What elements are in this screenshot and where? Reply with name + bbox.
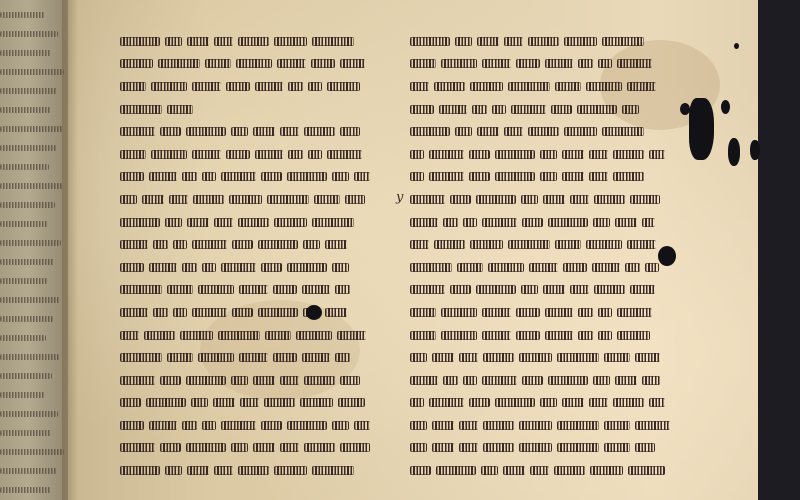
script-word bbox=[578, 331, 593, 340]
script-word bbox=[441, 331, 477, 340]
script-line bbox=[410, 75, 690, 98]
facing-page-line bbox=[0, 411, 58, 417]
script-word bbox=[615, 376, 637, 385]
facing-page-line bbox=[0, 468, 57, 474]
script-word bbox=[120, 398, 141, 407]
script-word bbox=[202, 172, 216, 181]
script-word bbox=[221, 263, 256, 272]
script-word bbox=[589, 398, 608, 407]
script-word bbox=[192, 240, 227, 249]
script-word bbox=[627, 240, 656, 249]
script-word bbox=[543, 285, 565, 294]
script-word bbox=[229, 195, 262, 204]
script-word bbox=[238, 218, 269, 227]
script-line bbox=[120, 166, 390, 189]
script-word bbox=[635, 421, 670, 430]
script-line bbox=[410, 98, 690, 121]
script-word bbox=[120, 172, 144, 181]
script-word bbox=[592, 263, 620, 272]
script-word bbox=[240, 398, 259, 407]
text-column-left bbox=[120, 30, 390, 482]
script-word bbox=[476, 195, 516, 204]
script-word bbox=[202, 263, 216, 272]
script-word bbox=[205, 59, 231, 68]
script-word bbox=[149, 421, 177, 430]
script-word bbox=[340, 443, 370, 452]
script-word bbox=[503, 466, 525, 475]
script-word bbox=[604, 443, 630, 452]
script-line bbox=[120, 75, 390, 98]
script-word bbox=[120, 59, 153, 68]
script-word bbox=[311, 59, 335, 68]
script-word bbox=[410, 443, 427, 452]
script-word bbox=[545, 308, 573, 317]
script-word bbox=[410, 127, 450, 136]
script-word bbox=[469, 150, 490, 159]
facing-page-line bbox=[0, 164, 49, 170]
script-word bbox=[540, 150, 557, 159]
script-word bbox=[186, 127, 226, 136]
script-word bbox=[186, 376, 226, 385]
script-word bbox=[253, 376, 275, 385]
script-line bbox=[120, 301, 390, 324]
facing-page-line bbox=[0, 392, 45, 398]
script-word bbox=[436, 466, 476, 475]
script-line bbox=[120, 279, 390, 302]
script-word bbox=[120, 127, 155, 136]
script-word bbox=[288, 150, 303, 159]
script-word bbox=[543, 195, 565, 204]
script-line bbox=[410, 459, 690, 482]
dark-backdrop bbox=[758, 0, 800, 500]
script-word bbox=[280, 127, 299, 136]
facing-page-line bbox=[0, 297, 60, 303]
script-line bbox=[120, 256, 390, 279]
script-word bbox=[548, 218, 588, 227]
script-word bbox=[432, 353, 454, 362]
script-word bbox=[463, 376, 477, 385]
facing-page-line bbox=[0, 183, 62, 189]
script-word bbox=[226, 82, 250, 91]
script-word bbox=[628, 466, 665, 475]
script-word bbox=[410, 195, 445, 204]
script-word bbox=[495, 172, 535, 181]
script-word bbox=[551, 105, 572, 114]
script-word bbox=[521, 285, 538, 294]
script-word bbox=[593, 218, 610, 227]
script-line bbox=[120, 188, 390, 211]
script-word bbox=[120, 105, 162, 114]
facing-page-line bbox=[0, 31, 58, 37]
script-word bbox=[598, 308, 612, 317]
script-word bbox=[261, 172, 282, 181]
script-word bbox=[149, 172, 177, 181]
script-word bbox=[335, 353, 350, 362]
script-word bbox=[410, 285, 445, 294]
script-line bbox=[410, 414, 690, 437]
script-word bbox=[557, 443, 599, 452]
script-word bbox=[635, 443, 655, 452]
script-word bbox=[578, 59, 593, 68]
script-word bbox=[410, 105, 434, 114]
script-word bbox=[300, 398, 333, 407]
script-word bbox=[302, 285, 330, 294]
script-word bbox=[443, 376, 458, 385]
script-word bbox=[337, 331, 366, 340]
script-word bbox=[598, 59, 612, 68]
script-word bbox=[236, 59, 272, 68]
script-word bbox=[519, 443, 552, 452]
script-word bbox=[410, 172, 424, 181]
script-word bbox=[314, 195, 340, 204]
script-word bbox=[192, 82, 221, 91]
facing-page-line bbox=[0, 335, 46, 341]
script-word bbox=[617, 308, 652, 317]
script-word bbox=[429, 150, 464, 159]
script-word bbox=[187, 37, 209, 46]
script-word bbox=[622, 105, 639, 114]
damage-hole bbox=[689, 98, 714, 160]
script-word bbox=[410, 376, 438, 385]
script-word bbox=[120, 150, 146, 159]
script-word bbox=[202, 421, 216, 430]
script-word bbox=[508, 82, 550, 91]
small-hole bbox=[734, 43, 739, 49]
script-line bbox=[120, 143, 390, 166]
script-word bbox=[288, 82, 303, 91]
binding-gutter bbox=[62, 0, 102, 500]
facing-page-line bbox=[0, 278, 47, 284]
script-word bbox=[182, 421, 197, 430]
script-word bbox=[173, 308, 187, 317]
script-word bbox=[264, 398, 295, 407]
script-word bbox=[504, 127, 523, 136]
script-word bbox=[613, 398, 644, 407]
facing-page-line bbox=[0, 373, 52, 379]
script-line bbox=[120, 30, 390, 53]
script-word bbox=[335, 285, 350, 294]
script-word bbox=[296, 331, 332, 340]
script-line bbox=[410, 437, 690, 460]
facing-page bbox=[0, 0, 70, 500]
script-word bbox=[540, 172, 557, 181]
script-word bbox=[625, 263, 640, 272]
script-word bbox=[645, 263, 659, 272]
script-word bbox=[434, 82, 465, 91]
script-word bbox=[570, 195, 589, 204]
script-word bbox=[557, 353, 599, 362]
script-word bbox=[151, 150, 187, 159]
script-line bbox=[120, 392, 390, 415]
script-word bbox=[287, 421, 327, 430]
script-word bbox=[338, 398, 365, 407]
script-word bbox=[165, 218, 182, 227]
script-word bbox=[340, 127, 360, 136]
script-word bbox=[455, 127, 472, 136]
script-word bbox=[602, 127, 644, 136]
script-line bbox=[410, 188, 690, 211]
script-word bbox=[434, 240, 465, 249]
facing-page-line bbox=[0, 50, 51, 56]
script-line bbox=[410, 392, 690, 415]
script-word bbox=[495, 150, 535, 159]
script-word bbox=[483, 421, 514, 430]
script-word bbox=[594, 285, 625, 294]
script-word bbox=[548, 376, 588, 385]
script-word bbox=[238, 37, 269, 46]
script-line bbox=[410, 143, 690, 166]
script-word bbox=[555, 82, 581, 91]
manuscript-photo: y bbox=[0, 0, 800, 500]
script-word bbox=[287, 263, 327, 272]
script-word bbox=[482, 59, 511, 68]
script-word bbox=[120, 37, 160, 46]
script-line bbox=[410, 211, 690, 234]
script-word bbox=[158, 59, 200, 68]
script-word bbox=[304, 376, 335, 385]
script-word bbox=[173, 240, 187, 249]
script-word bbox=[303, 240, 320, 249]
script-word bbox=[273, 285, 297, 294]
script-word bbox=[120, 285, 162, 294]
script-word bbox=[274, 218, 307, 227]
script-word bbox=[516, 331, 540, 340]
script-word bbox=[470, 240, 503, 249]
script-word bbox=[410, 421, 427, 430]
script-word bbox=[589, 150, 608, 159]
script-word bbox=[459, 443, 478, 452]
script-word bbox=[570, 285, 589, 294]
script-word bbox=[432, 421, 454, 430]
script-word bbox=[325, 308, 347, 317]
script-word bbox=[410, 353, 427, 362]
script-word bbox=[470, 82, 503, 91]
facing-page-line bbox=[0, 12, 45, 18]
script-word bbox=[410, 82, 429, 91]
script-line bbox=[120, 120, 390, 143]
script-word bbox=[469, 172, 490, 181]
script-word bbox=[120, 218, 160, 227]
script-word bbox=[144, 331, 175, 340]
script-line bbox=[410, 279, 690, 302]
script-word bbox=[239, 353, 268, 362]
script-word bbox=[617, 59, 652, 68]
script-word bbox=[258, 308, 298, 317]
script-word bbox=[151, 82, 187, 91]
script-word bbox=[488, 263, 524, 272]
script-word bbox=[354, 172, 370, 181]
facing-page-line bbox=[0, 449, 64, 455]
script-word bbox=[232, 240, 253, 249]
script-line bbox=[410, 301, 690, 324]
script-word bbox=[635, 353, 660, 362]
script-word bbox=[598, 331, 612, 340]
script-word bbox=[443, 218, 458, 227]
script-word bbox=[231, 127, 248, 136]
script-line bbox=[120, 459, 390, 482]
script-word bbox=[649, 150, 665, 159]
script-word bbox=[120, 263, 144, 272]
script-word bbox=[193, 195, 224, 204]
script-word bbox=[167, 285, 193, 294]
script-word bbox=[586, 82, 622, 91]
worm-hole bbox=[658, 246, 676, 266]
script-word bbox=[483, 443, 514, 452]
script-word bbox=[457, 263, 483, 272]
script-line bbox=[410, 324, 690, 347]
script-word bbox=[191, 398, 208, 407]
script-word bbox=[192, 150, 221, 159]
script-word bbox=[327, 82, 360, 91]
script-line bbox=[410, 53, 690, 76]
script-word bbox=[120, 376, 155, 385]
script-word bbox=[586, 240, 622, 249]
script-word bbox=[642, 376, 660, 385]
script-word bbox=[187, 466, 209, 475]
script-word bbox=[432, 443, 454, 452]
script-word bbox=[308, 150, 322, 159]
script-word bbox=[214, 466, 233, 475]
script-word bbox=[469, 398, 490, 407]
script-word bbox=[120, 82, 146, 91]
script-word bbox=[519, 353, 552, 362]
script-word bbox=[182, 263, 197, 272]
script-word bbox=[577, 105, 617, 114]
script-word bbox=[589, 172, 608, 181]
script-word bbox=[545, 331, 573, 340]
script-word bbox=[274, 466, 307, 475]
script-word bbox=[214, 37, 233, 46]
script-word bbox=[332, 263, 349, 272]
script-word bbox=[120, 443, 155, 452]
script-word bbox=[304, 127, 335, 136]
script-word bbox=[441, 308, 477, 317]
script-word bbox=[238, 466, 269, 475]
script-line bbox=[120, 53, 390, 76]
script-word bbox=[528, 127, 559, 136]
text-column-right bbox=[410, 30, 690, 482]
script-word bbox=[604, 421, 630, 430]
script-word bbox=[483, 353, 514, 362]
script-word bbox=[429, 398, 464, 407]
script-word bbox=[120, 466, 160, 475]
script-word bbox=[477, 127, 499, 136]
script-line bbox=[120, 414, 390, 437]
script-word bbox=[327, 150, 362, 159]
script-word bbox=[261, 421, 282, 430]
script-word bbox=[265, 331, 291, 340]
facing-page-line bbox=[0, 487, 50, 493]
script-line bbox=[120, 233, 390, 256]
script-word bbox=[280, 376, 299, 385]
script-word bbox=[146, 398, 186, 407]
script-word bbox=[280, 443, 299, 452]
script-word bbox=[165, 37, 182, 46]
script-word bbox=[274, 37, 307, 46]
damage-hole bbox=[680, 103, 690, 115]
script-word bbox=[340, 376, 360, 385]
script-word bbox=[410, 150, 424, 159]
script-word bbox=[463, 218, 477, 227]
script-word bbox=[482, 376, 517, 385]
script-word bbox=[180, 331, 213, 340]
script-word bbox=[192, 308, 227, 317]
script-word bbox=[410, 398, 424, 407]
script-word bbox=[441, 59, 477, 68]
script-word bbox=[516, 59, 540, 68]
script-word bbox=[255, 150, 283, 159]
script-word bbox=[545, 59, 573, 68]
facing-page-line bbox=[0, 126, 63, 132]
script-word bbox=[198, 353, 234, 362]
script-word bbox=[153, 240, 168, 249]
script-word bbox=[476, 285, 516, 294]
script-word bbox=[604, 353, 630, 362]
script-word bbox=[221, 421, 256, 430]
facing-page-line bbox=[0, 202, 55, 208]
script-line bbox=[410, 30, 690, 53]
script-word bbox=[450, 285, 471, 294]
script-word bbox=[226, 150, 250, 159]
script-word bbox=[410, 37, 450, 46]
facing-page-line bbox=[0, 107, 50, 113]
facing-page-line bbox=[0, 430, 51, 436]
damage-hole bbox=[750, 140, 760, 160]
script-word bbox=[530, 466, 549, 475]
script-line bbox=[120, 437, 390, 460]
script-word bbox=[287, 172, 327, 181]
script-word bbox=[562, 398, 584, 407]
facing-page-line bbox=[0, 221, 48, 227]
facing-page-line bbox=[0, 316, 53, 322]
script-word bbox=[564, 127, 597, 136]
margin-mark: y bbox=[396, 190, 403, 205]
damage-hole bbox=[728, 138, 740, 166]
script-word bbox=[555, 240, 581, 249]
script-word bbox=[492, 105, 506, 114]
script-word bbox=[540, 398, 557, 407]
script-word bbox=[253, 443, 275, 452]
script-word bbox=[410, 263, 452, 272]
script-word bbox=[218, 331, 260, 340]
script-word bbox=[332, 172, 349, 181]
script-word bbox=[186, 443, 226, 452]
script-word bbox=[450, 195, 471, 204]
script-word bbox=[455, 37, 472, 46]
script-word bbox=[312, 37, 354, 46]
script-word bbox=[508, 240, 550, 249]
script-word bbox=[253, 127, 275, 136]
script-word bbox=[410, 466, 431, 475]
script-word bbox=[410, 59, 436, 68]
script-word bbox=[590, 466, 623, 475]
facing-page-line bbox=[0, 240, 61, 246]
script-word bbox=[120, 331, 139, 340]
script-word bbox=[617, 331, 650, 340]
script-line bbox=[410, 233, 690, 256]
script-line bbox=[120, 211, 390, 234]
script-word bbox=[522, 376, 543, 385]
script-word bbox=[519, 421, 552, 430]
script-word bbox=[630, 285, 655, 294]
script-word bbox=[613, 172, 644, 181]
script-word bbox=[459, 353, 478, 362]
script-word bbox=[429, 172, 464, 181]
damage-hole bbox=[721, 100, 730, 114]
script-word bbox=[160, 127, 181, 136]
script-word bbox=[504, 37, 523, 46]
script-word bbox=[482, 331, 511, 340]
